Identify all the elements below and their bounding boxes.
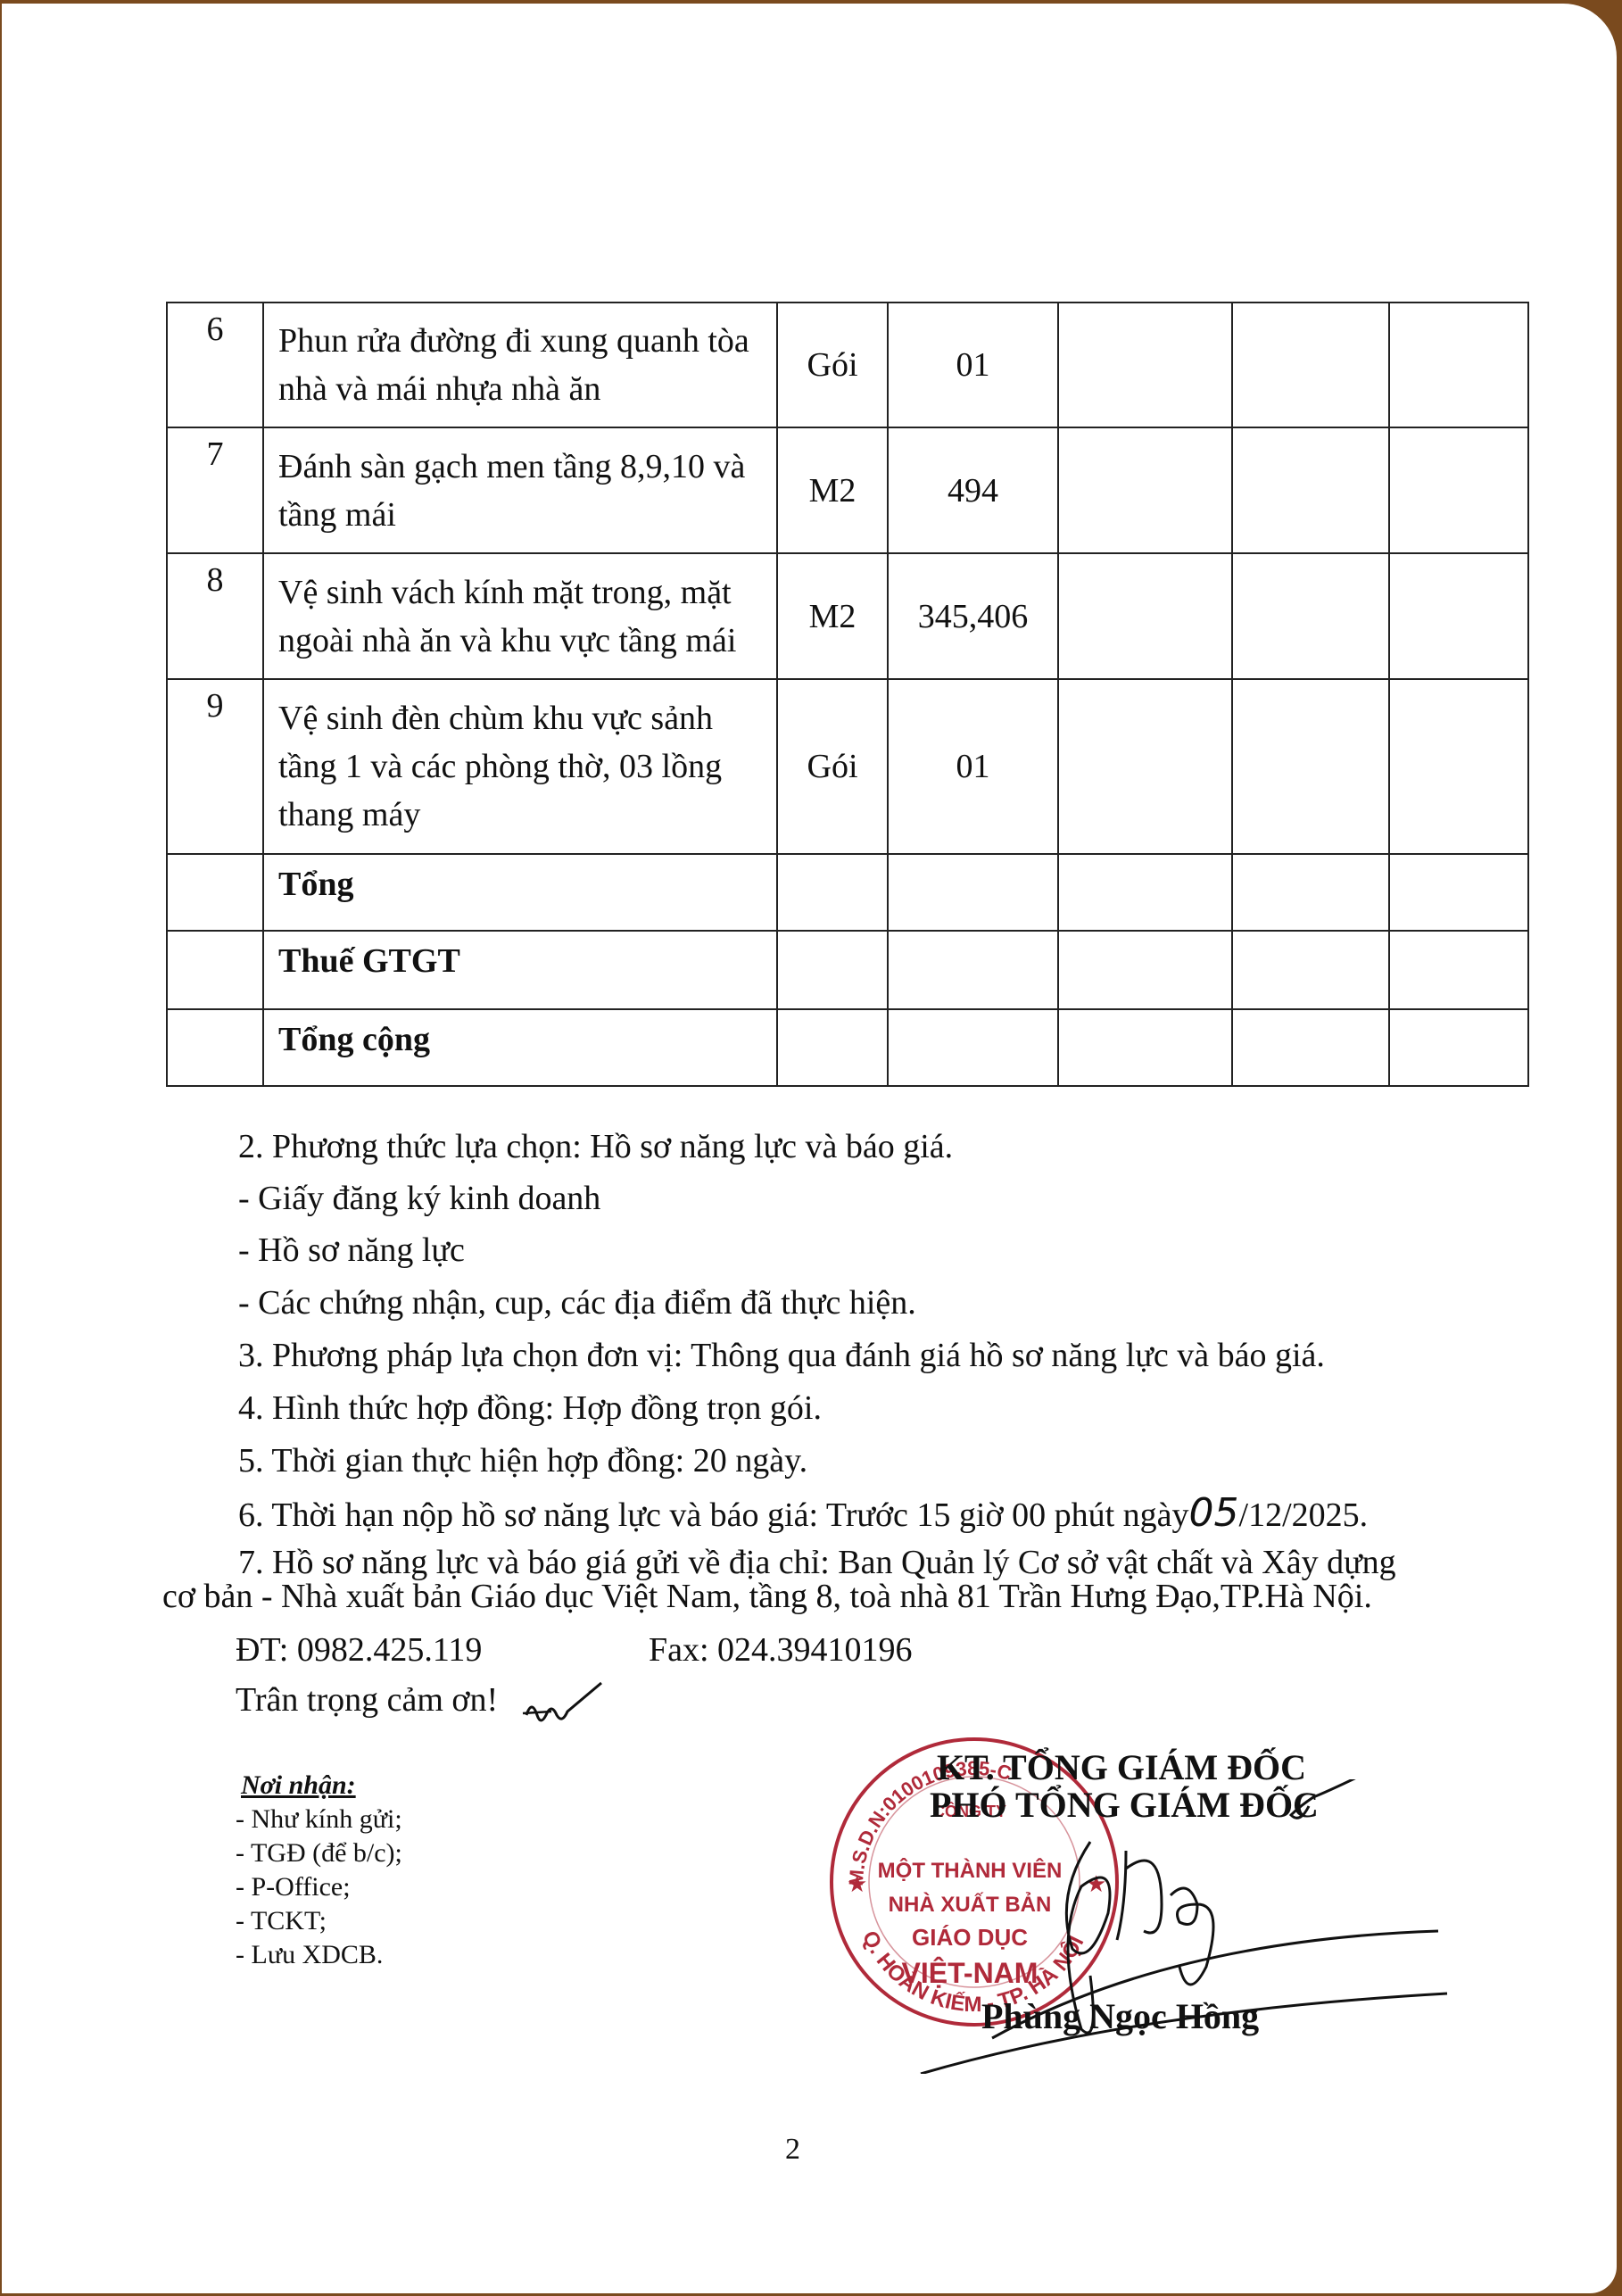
item-6-text: 6. Thời hạn nộp hồ sơ năng lực và báo gi… <box>238 1496 1189 1534</box>
note-cell <box>1389 679 1528 854</box>
quotation-table: 6Phun rửa đường đi xung quanh tòa nhà và… <box>166 302 1529 1087</box>
item-2: 2. Phương thức lựa chọn: Hồ sơ năng lực … <box>238 1130 953 1164</box>
empty-cell <box>1058 931 1232 1009</box>
empty-cell <box>1232 1009 1389 1086</box>
empty-cell <box>777 931 888 1009</box>
empty-cell <box>888 854 1058 931</box>
item-6-date-suffix: /12/2025. <box>1239 1496 1369 1534</box>
empty-cell <box>1058 854 1232 931</box>
recipients-block: Nơi nhận: - Như kính gửi; - TGĐ (để b/c)… <box>236 1769 402 1972</box>
item-description: Vệ sinh vách kính mặt trong, mặt ngoài n… <box>263 553 777 679</box>
item-description: Vệ sinh đèn chùm khu vực sảnh tầng 1 và … <box>263 679 777 854</box>
recipient-item: - TGĐ (để b/c); <box>236 1836 402 1870</box>
unit-price-cell <box>1058 303 1232 427</box>
handwritten-day: 05 <box>1189 1490 1239 1536</box>
totals-row: Tổng cộng <box>167 1009 1528 1086</box>
item-2-sub-1: - Giấy đăng ký kinh doanh <box>238 1181 600 1215</box>
empty-cell <box>1232 931 1389 1009</box>
item-3: 3. Phương pháp lựa chọn đơn vị: Thông qu… <box>238 1339 1325 1372</box>
initials-signature-icon <box>519 1679 608 1733</box>
row-number: 8 <box>167 553 263 679</box>
totals-row: Thuế GTGT <box>167 931 1528 1009</box>
empty-cell <box>167 1009 263 1086</box>
empty-cell <box>167 854 263 931</box>
item-unit: M2 <box>777 427 888 553</box>
item-unit: Gói <box>777 303 888 427</box>
empty-cell <box>1389 931 1528 1009</box>
table-row: 7Đánh sàn gạch men tầng 8,9,10 và tầng m… <box>167 427 1528 553</box>
recipient-item: - Như kính gửi; <box>236 1803 402 1836</box>
empty-cell <box>777 854 888 931</box>
item-quantity: 345,406 <box>888 553 1058 679</box>
item-description: Đánh sàn gạch men tầng 8,9,10 và tầng má… <box>263 427 777 553</box>
item-quantity: 494 <box>888 427 1058 553</box>
item-2-sub-3: - Các chứng nhận, cup, các địa điểm đã t… <box>238 1286 916 1320</box>
item-7-line-2: cơ bản - Nhà xuất bản Giáo dục Việt Nam,… <box>162 1579 1372 1613</box>
amount-cell <box>1232 679 1389 854</box>
unit-price-cell <box>1058 427 1232 553</box>
row-number: 6 <box>167 303 263 427</box>
row-number: 7 <box>167 427 263 553</box>
note-cell <box>1389 427 1528 553</box>
recipient-item: - TCKT; <box>236 1904 402 1938</box>
document-page: 6Phun rửa đường đi xung quanh tòa nhà và… <box>2 4 1617 2293</box>
table-row: 8Vệ sinh vách kính mặt trong, mặt ngoài … <box>167 553 1528 679</box>
recipients-title: Nơi nhận: <box>236 1769 402 1803</box>
note-cell <box>1389 553 1528 679</box>
empty-cell <box>167 931 263 1009</box>
totals-label: Tổng cộng <box>263 1009 777 1086</box>
empty-cell <box>1389 1009 1528 1086</box>
item-unit: M2 <box>777 553 888 679</box>
signer-name: Phùng Ngọc Hồng <box>981 1995 1259 2037</box>
item-unit: Gói <box>777 679 888 854</box>
phone-number: ĐT: 0982.425.119 <box>236 1633 482 1667</box>
empty-cell <box>1389 854 1528 931</box>
item-quantity: 01 <box>888 303 1058 427</box>
totals-label: Tổng <box>263 854 777 931</box>
empty-cell <box>1232 854 1389 931</box>
item-4: 4. Hình thức hợp đồng: Hợp đồng trọn gói… <box>238 1391 822 1425</box>
amount-cell <box>1232 553 1389 679</box>
empty-cell <box>1058 1009 1232 1086</box>
fax-number: Fax: 024.39410196 <box>649 1633 913 1667</box>
amount-cell <box>1232 427 1389 553</box>
empty-cell <box>888 931 1058 1009</box>
empty-cell <box>888 1009 1058 1086</box>
unit-price-cell <box>1058 553 1232 679</box>
row-number: 9 <box>167 679 263 854</box>
recipient-item: - P-Office; <box>236 1870 402 1904</box>
table-row: 9Vệ sinh đèn chùm khu vực sảnh tầng 1 và… <box>167 679 1528 854</box>
closing-text: Trân trọng cảm ơn! <box>236 1683 498 1717</box>
table-row: 6Phun rửa đường đi xung quanh tòa nhà và… <box>167 303 1528 427</box>
item-description: Phun rửa đường đi xung quanh tòa nhà và … <box>263 303 777 427</box>
totals-label: Thuế GTGT <box>263 931 777 1009</box>
recipient-item: - Lưu XDCB. <box>236 1938 402 1972</box>
item-2-sub-2: - Hồ sơ năng lực <box>238 1233 465 1267</box>
empty-cell <box>777 1009 888 1086</box>
item-5: 5. Thời gian thực hiện hợp đồng: 20 ngày… <box>238 1444 807 1478</box>
unit-price-cell <box>1058 679 1232 854</box>
amount-cell <box>1232 303 1389 427</box>
svg-text:★: ★ <box>847 1871 867 1897</box>
totals-row: Tổng <box>167 854 1528 931</box>
page-number: 2 <box>785 2133 800 2167</box>
item-quantity: 01 <box>888 679 1058 854</box>
item-6: 6. Thời hạn nộp hồ sơ năng lực và báo gi… <box>238 1496 1368 1532</box>
item-7-line-1: 7. Hồ sơ năng lực và báo giá gửi về địa … <box>238 1546 1396 1579</box>
note-cell <box>1389 303 1528 427</box>
